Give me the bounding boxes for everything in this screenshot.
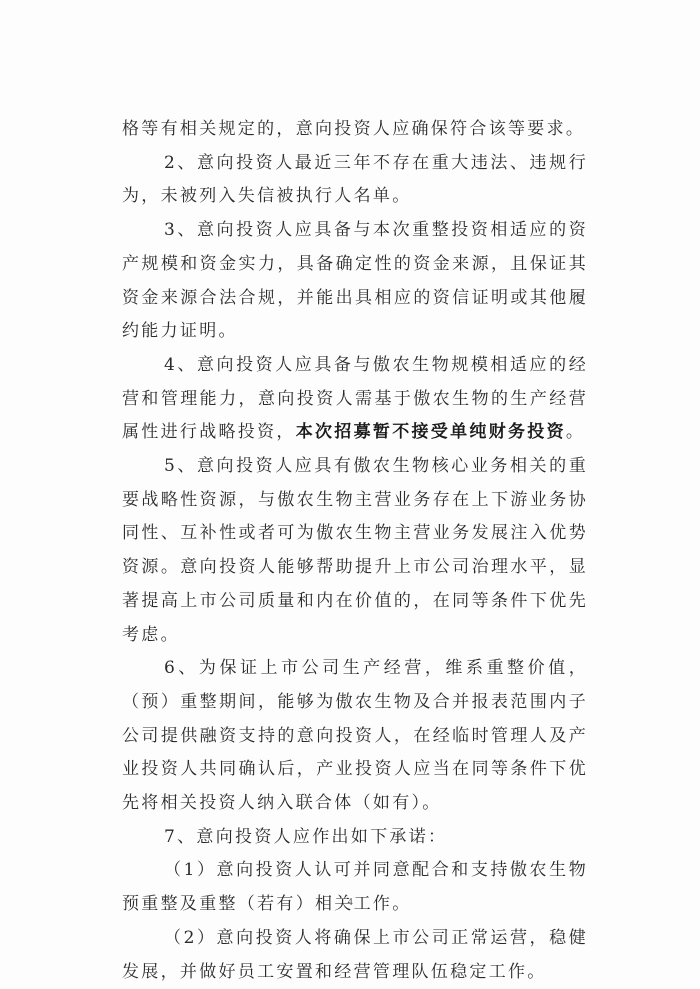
paragraph-item-3: 3、意向投资人应具备与本次重整投资相适应的资产规模和资金实力，具备确定性的资金来… bbox=[122, 214, 588, 349]
paragraph-item-4-trailing: 。 bbox=[566, 422, 585, 442]
page-number: 4 bbox=[0, 896, 700, 908]
document-page: 格等有相关规定的，意向投资人应确保符合该等要求。 2、意向投资人最近三年不存在重… bbox=[0, 0, 700, 989]
paragraph-item-7: 7、意向投资人应作出如下承诺： bbox=[122, 821, 588, 855]
paragraph-item-4: 4、意向投资人应具备与傲农生物规模相适应的经营和管理能力，意向投资人需基于傲农生… bbox=[122, 349, 588, 450]
paragraph-item-2: 2、意向投资人最近三年不存在重大违法、违规行为，未被列入失信被执行人名单。 bbox=[122, 147, 588, 214]
paragraph-commitment-1: （1）意向投资人认可并同意配合和支持傲农生物预重整及重整（若有）相关工作。 bbox=[122, 854, 588, 921]
paragraph-item-4-bold-text: 本次招募暂不接受单纯财务投资 bbox=[296, 422, 566, 442]
paragraph-item-5: 5、意向投资人应具有傲农生物核心业务相关的重要战略性资源，与傲农生物主营业务存在… bbox=[122, 450, 588, 652]
paragraph-commitment-2: （2）意向投资人将确保上市公司正常运营，稳健发展，并做好员工安置和经营管理队伍稳… bbox=[122, 922, 588, 989]
document-body: 格等有相关规定的，意向投资人应确保符合该等要求。 2、意向投资人最近三年不存在重… bbox=[122, 113, 588, 989]
paragraph-continuation: 格等有相关规定的，意向投资人应确保符合该等要求。 bbox=[122, 113, 588, 147]
paragraph-item-6: 6、为保证上市公司生产经营，维系重整价值，（预）重整期间，能够为傲农生物及合并报… bbox=[122, 652, 588, 821]
